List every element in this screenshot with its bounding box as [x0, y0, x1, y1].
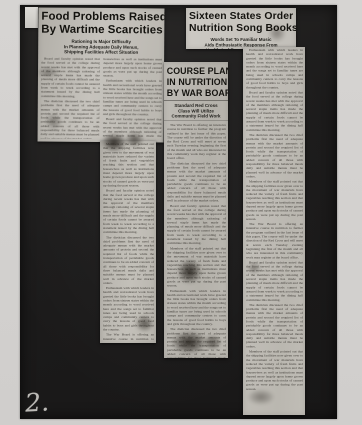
clipping-subhead: Standard Red Cross Class Will Utilize Co… [164, 103, 228, 122]
clipping-sixteen-states-column: Enthusiasm with which leaders in health … [243, 47, 305, 415]
stain [171, 331, 207, 354]
illegible-body-text: The dietician discussed the two chief pr… [167, 161, 226, 202]
illegible-body-text: The War Board is offering an intensive c… [103, 333, 154, 340]
stain [203, 335, 222, 350]
illegible-body-text: Board and faculty opinion noted that the… [246, 90, 303, 131]
clipping-headline: COURSE PLANNED IN NUTRITION BY WAR BOARD [164, 62, 228, 101]
illegible-body-text: Enthusiasm with which leaders in health … [103, 79, 162, 117]
scrapbook-scan: Food Problems Raised By Wartime Scarciti… [0, 0, 362, 425]
clipping-body-column: Enthusiasm with which leaders in health … [246, 48, 303, 412]
subhead-line: Community Field Work [164, 114, 228, 119]
stain [135, 315, 154, 332]
headline-line: COURSE PLANNED [167, 66, 228, 77]
stain [45, 113, 62, 130]
illegible-body-text: The War Board is offering an intensive c… [246, 222, 303, 259]
stain [101, 133, 127, 152]
illegible-body-text: Members of the staff pointed out that th… [246, 180, 303, 221]
stain [125, 132, 144, 147]
stain [247, 389, 275, 405]
clipping-body-column: Members of the staff pointed out that th… [103, 142, 154, 340]
clipping-headline: Food Problems Raised By Wartime Scarciti… [38, 8, 164, 39]
illegible-body-text: Members of the staff pointed out that th… [246, 350, 303, 391]
stain [37, 67, 59, 78]
handwritten-page-number: 2. [24, 387, 49, 417]
illegible-body-text: Board and faculty opinion noted that the… [103, 189, 154, 235]
stain [177, 259, 202, 284]
clipping-subhead: Rationing Is Major Difficulty In Plannin… [38, 39, 164, 57]
headline-line: Sixteen States Order [189, 11, 294, 23]
clipping-body-column: The War Board is offering an intensive c… [167, 123, 226, 358]
illegible-body-text: The dietician discussed the two chief pr… [246, 133, 303, 179]
clipping-course-planned: COURSE PLANNED IN NUTRITION BY WAR BOARD… [164, 62, 228, 358]
headline-line: Food Problems Raised [41, 11, 162, 25]
illegible-body-text: The dietician discussed the two chief pr… [246, 303, 303, 349]
stain [268, 24, 286, 42]
headline-line: IN NUTRITION [167, 77, 228, 88]
illegible-body-text: The dietician discussed the two chief pr… [103, 235, 154, 285]
illegible-body-text: Enthusiasm with which leaders in health … [246, 48, 303, 89]
headline-line: By Wartime Scarcities [41, 24, 162, 38]
illegible-body-text: Enthusiasm with which leaders in health … [167, 289, 226, 326]
corner-paper-tab [25, 7, 38, 28]
stain [247, 262, 261, 274]
headline-line: BY WAR BOARD [167, 88, 228, 99]
clipping-food-problems-column: Members of the staff pointed out that th… [100, 141, 156, 343]
illegible-body-text: The War Board is offering an intensive c… [167, 123, 226, 160]
illegible-body-text: Board and faculty opinion noted that the… [167, 204, 226, 245]
subhead-line: Shipping Facilities Affect Situation [38, 49, 164, 55]
